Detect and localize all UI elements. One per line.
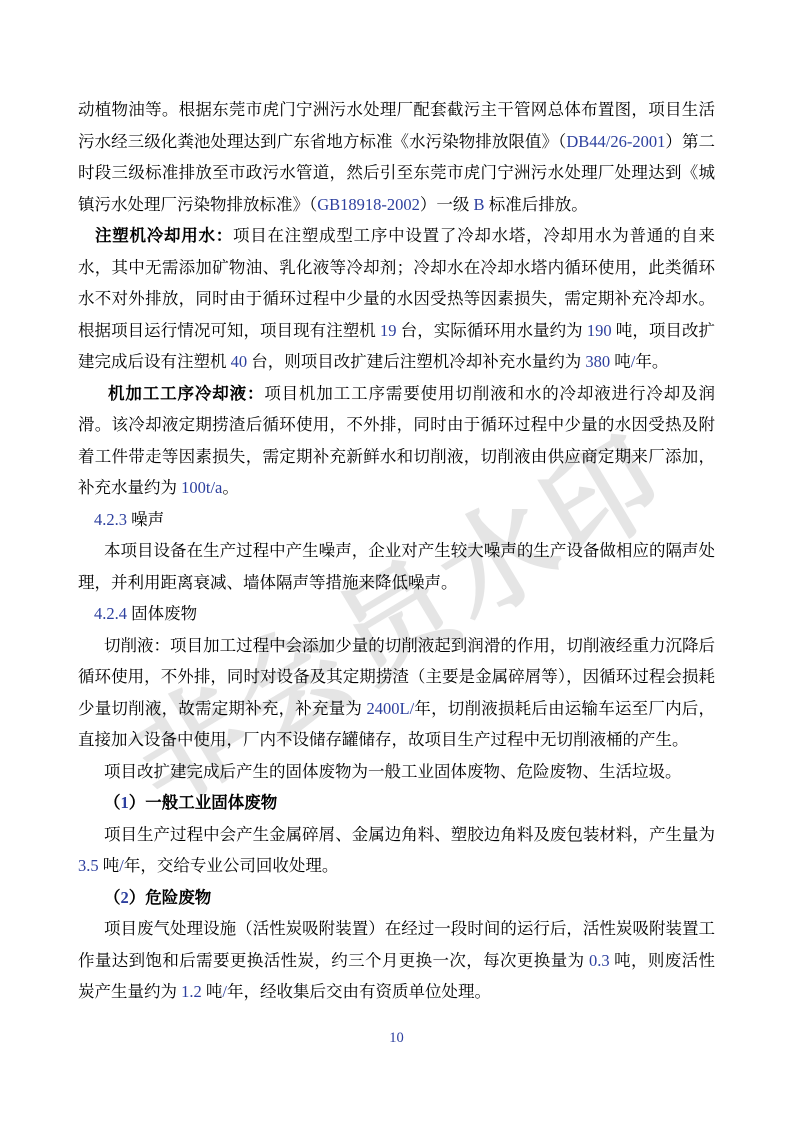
text-segment: 机加工工序冷却液： bbox=[108, 384, 264, 403]
para-hazardous-waste: 项目废气处理设施（活性炭吸附装置）在经过一段时间的运行后，活性炭吸附装置工作量达… bbox=[78, 913, 715, 1008]
text-segment: 注塑机冷却用水： bbox=[95, 226, 233, 245]
text-segment: 2 bbox=[121, 888, 129, 907]
text-segment: 噪声 bbox=[127, 510, 164, 529]
text-segment: 380 bbox=[585, 352, 610, 371]
text-segment: ）危险废物 bbox=[129, 888, 212, 907]
heading-2-hazardous-waste: （2）危险废物 bbox=[78, 882, 715, 914]
text-segment: 3.5 bbox=[78, 856, 99, 875]
para-cutting-fluid: 切削液：项目加工过程中会添加少量的切削液起到润滑的作用，切削液经重力沉降后循环使… bbox=[78, 630, 715, 756]
text-segment: DB44/26-2001 bbox=[566, 132, 665, 151]
para-noise-control: 本项目设备在生产过程中产生噪声，企业对产生较大噪声的生产设备做相应的隔声处理，并… bbox=[78, 535, 715, 598]
text-segment: GB18918-2002 bbox=[317, 195, 420, 214]
document-page: 非会员水印 动植物油等。根据东莞市虎门宁洲污水处理厂配套截污主干管网总体布置图，… bbox=[0, 0, 793, 1122]
heading-4-2-3-noise: 4.2.3 噪声 bbox=[78, 504, 715, 536]
text-segment: 项目改扩建完成后产生的固体废物为一般工业固体废物、危险废物、生活垃圾。 bbox=[104, 762, 682, 781]
text-segment: 年，交给专业公司回收处理。 bbox=[124, 856, 339, 875]
text-segment: 1.2 bbox=[181, 982, 202, 1001]
text-segment: 吨 bbox=[202, 982, 223, 1001]
text-segment: 2400L/ bbox=[366, 699, 414, 718]
text-segment: 19 bbox=[380, 321, 397, 340]
text-segment: 40 bbox=[231, 352, 248, 371]
para-general-solid-waste: 项目生产过程中会产生金属碎屑、金属边角料、塑胶边角料及废包装材料，产生量为 3.… bbox=[78, 819, 715, 882]
text-segment: 。 bbox=[222, 478, 239, 497]
text-segment: B bbox=[474, 195, 485, 214]
text-segment: 吨 bbox=[610, 352, 631, 371]
para-wastewater-discharge: 动植物油等。根据东莞市虎门宁洲污水处理厂配套截污主干管网总体布置图，项目生活污水… bbox=[78, 94, 715, 220]
text-segment: 标准后排放。 bbox=[485, 195, 588, 214]
text-segment: 台，实际循环用水量约为 bbox=[397, 321, 587, 340]
document-content: 动植物油等。根据东莞市虎门宁洲污水处理厂配套截污主干管网总体布置图，项目生活污水… bbox=[78, 94, 715, 1008]
text-segment: 本项目设备在生产过程中产生噪声，企业对产生较大噪声的生产设备做相应的隔声处理，并… bbox=[78, 541, 715, 592]
text-segment: 0.3 bbox=[589, 951, 610, 970]
page-number: 10 bbox=[0, 1030, 793, 1047]
text-segment: 4.2.4 bbox=[94, 604, 127, 623]
text-segment: ）一级 bbox=[420, 195, 474, 214]
heading-4-2-4-solid-waste: 4.2.4 固体废物 bbox=[78, 598, 715, 630]
text-segment: 190 bbox=[587, 321, 612, 340]
heading-1-general-industrial-solid-waste: （1）一般工业固体废物 bbox=[78, 787, 715, 819]
text-segment: 吨 bbox=[99, 856, 120, 875]
text-segment: 1 bbox=[121, 793, 129, 812]
text-segment: 固体废物 bbox=[127, 604, 197, 623]
text-segment: 台，则项目改扩建后注塑机冷却补充水量约为 bbox=[247, 352, 585, 371]
text-segment: 年。 bbox=[635, 352, 668, 371]
text-segment: 年，经收集后交由有资质单位处理。 bbox=[227, 982, 491, 1001]
text-segment: 100t/a bbox=[181, 478, 222, 497]
para-injection-machine-cooling-water: 注塑机冷却用水：项目在注塑成型工序中设置了冷却水塔，冷却用水为普通的自来水，其中… bbox=[78, 220, 715, 378]
text-segment: 项目生产过程中会产生金属碎屑、金属边角料、塑胶边角料及废包装材料，产生量为 bbox=[104, 825, 715, 844]
text-segment: 4.2.3 bbox=[94, 510, 127, 529]
text-segment: ）一般工业固体废物 bbox=[129, 793, 278, 812]
text-segment: （ bbox=[104, 793, 121, 812]
text-segment: （ bbox=[104, 888, 121, 907]
para-machining-coolant: 机加工工序冷却液：项目机加工工序需要使用切削液和水的冷却液进行冷却及润滑。该冷却… bbox=[78, 378, 715, 504]
para-solid-waste-types: 项目改扩建完成后产生的固体废物为一般工业固体废物、危险废物、生活垃圾。 bbox=[78, 756, 715, 788]
